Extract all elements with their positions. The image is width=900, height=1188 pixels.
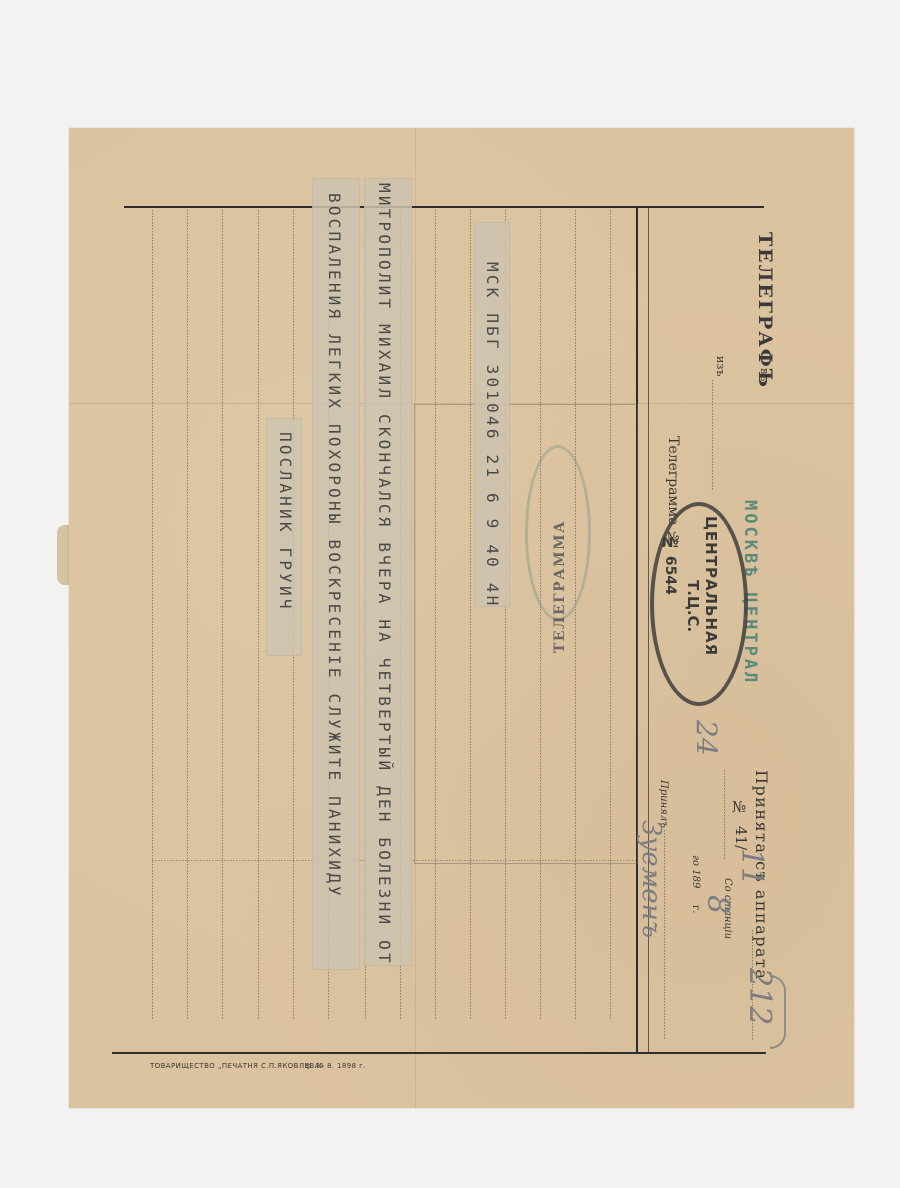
from-label: изъ <box>714 356 727 376</box>
oval-stamp-line-2: Т.Ц.С. <box>684 580 702 632</box>
handwritten-year: 8 <box>700 895 735 914</box>
date-field-line <box>724 770 725 860</box>
oval-stamp-line-3: № 6544 <box>662 535 678 595</box>
date-label: го 189 <box>690 855 701 888</box>
ticker-line-header: МСК ПБГ 301046 21 6 9 40 4Н <box>483 262 502 609</box>
oval-stamp-line-1: ЦЕНТРАЛЬНАЯ <box>702 516 720 656</box>
ticker-line-2: ВОСПАЛЕНИЯ ЛЕГКИХ ПОХОРОНЫ ВОСКРЕСЕНІЕ С… <box>325 193 344 899</box>
printer-imprint: ТОВАРИЩЕСТВО „ПЕЧАТНЯ С.П.ЯКОВЛЕВА" <box>150 1062 323 1070</box>
handwritten-date: 24 <box>690 720 723 756</box>
column-line <box>258 210 259 1020</box>
printed-number-value: 41/ <box>732 826 750 850</box>
pencil-bracket-mark <box>770 975 786 1049</box>
top-rule <box>124 206 764 208</box>
number-label: № <box>730 798 748 816</box>
ticker-line-1: МИТРОПОЛИТ МИХАИЛ СКОНЧАЛСЯ ВЧЕРА НА ЧЕТ… <box>375 183 394 966</box>
form-title-suffix: въ <box>758 368 771 381</box>
bottom-rule <box>112 1052 766 1054</box>
inner-block-frame <box>414 404 638 864</box>
form-number-imprint: ф. № 8. 1898 г. <box>305 1062 366 1070</box>
reversed-telegram-imprint: ТЕЛЕГРАММА <box>552 520 568 653</box>
from-field-line <box>712 380 713 490</box>
handwritten-number: 11 <box>734 848 769 886</box>
ticker-line-signature: ПОСЛАНИК ГРУИЧ <box>276 432 295 612</box>
column-line <box>187 210 188 1020</box>
form-title: ТЕЛЕГРАФЪ <box>754 232 776 389</box>
handwritten-signature: Зуеменъ <box>636 820 666 938</box>
column-line <box>222 210 223 1020</box>
column-line <box>152 210 153 1020</box>
